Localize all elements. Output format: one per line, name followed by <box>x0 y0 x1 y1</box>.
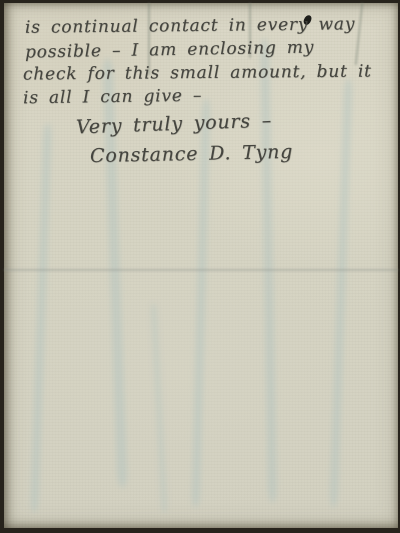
water-stain-streak <box>151 303 168 513</box>
letter-scan: is continual contact in every way possib… <box>0 0 400 533</box>
water-stain-streak <box>329 78 352 508</box>
fold-crease-horizontal <box>4 269 398 271</box>
water-stain-streak <box>30 123 52 513</box>
letter-signature: Constance D. Tyng <box>90 141 294 167</box>
letter-line: possible – I am enclosing my <box>25 37 315 62</box>
fold-crease-vertical <box>355 3 363 65</box>
letter-line: is continual contact in every way <box>25 14 355 37</box>
letter-page: is continual contact in every way possib… <box>4 3 398 528</box>
letter-line: is all I can give – <box>23 86 202 109</box>
letter-line: check for this small amount, but it <box>23 61 372 84</box>
